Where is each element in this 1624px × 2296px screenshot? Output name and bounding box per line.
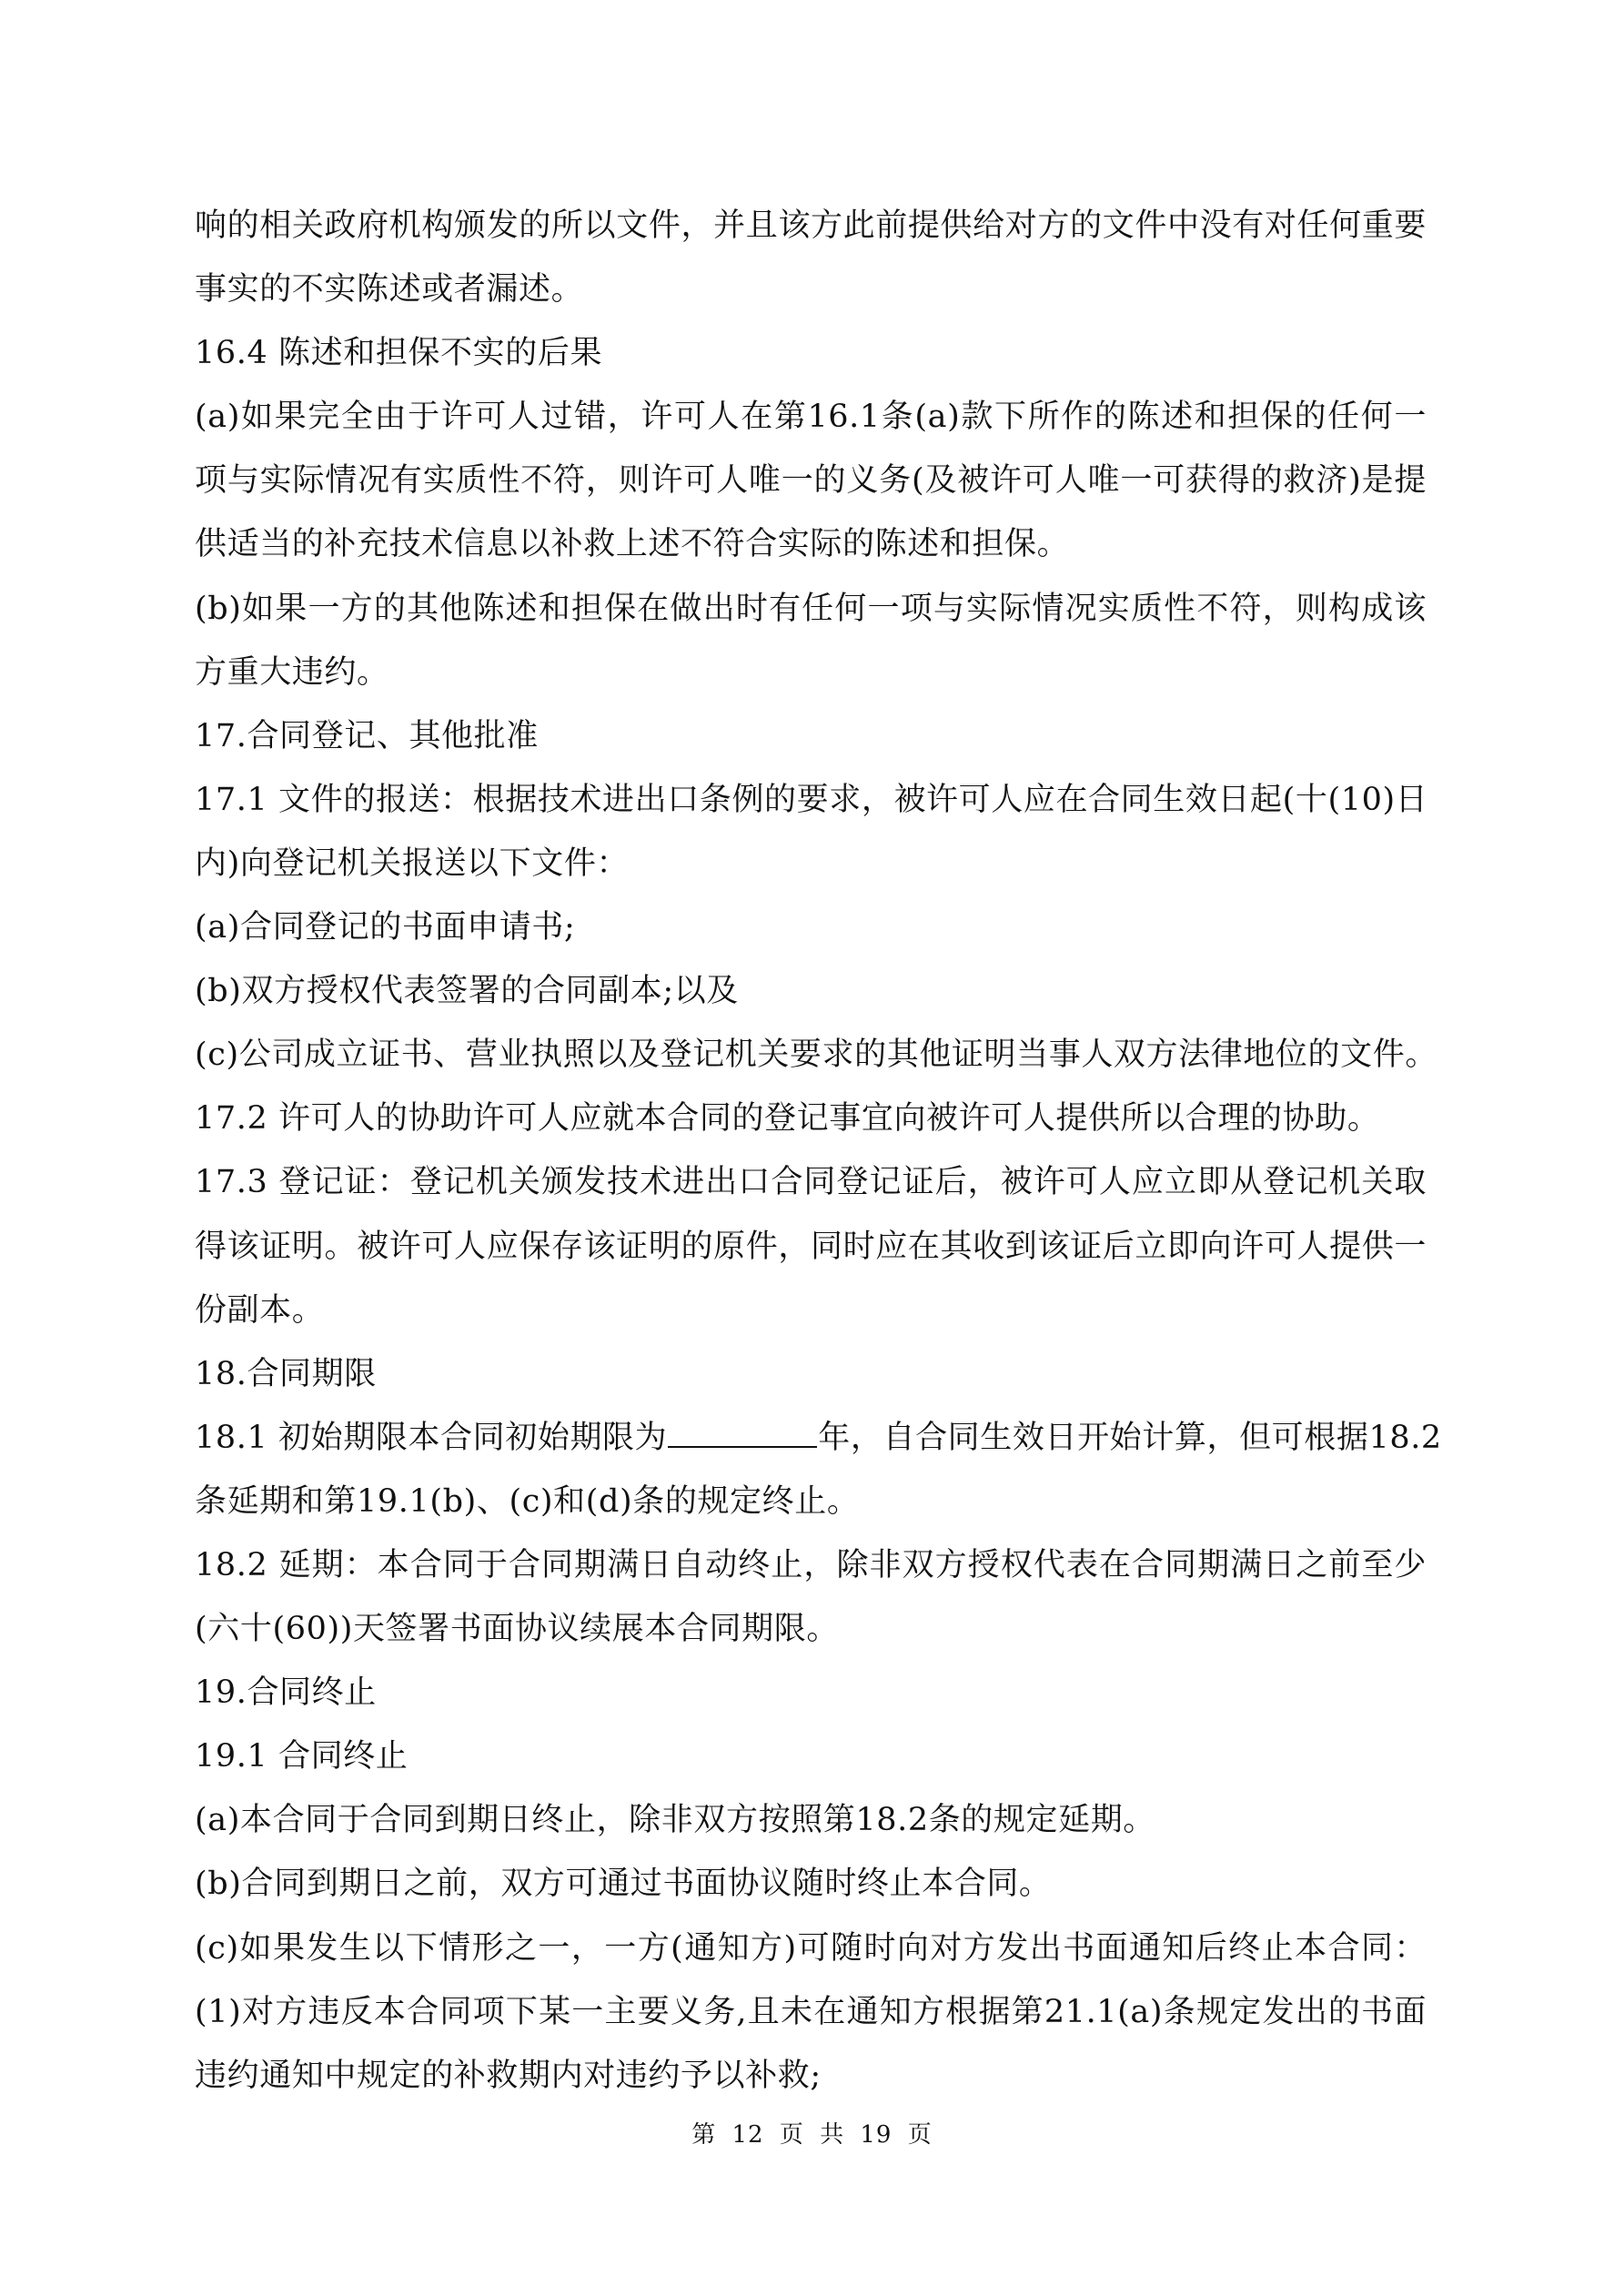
paragraph-line: 违约通知中规定的补救期内对违约予以补救; bbox=[195, 2044, 1432, 2108]
section-heading: 18.合同期限 bbox=[195, 1342, 1432, 1406]
paragraph-line: 内)向登记机关报送以下文件： bbox=[195, 832, 1432, 895]
paragraph-line: 17.2 许可人的协助许可人应就本合同的登记事宜向被许可人提供所以合理的协助。 bbox=[195, 1087, 1432, 1150]
text-after-blank: 年，自合同生效日开始计算，但可根据18.2 bbox=[818, 1420, 1442, 1456]
list-item: (b)合同到期日之前，双方可通过书面协议随时终止本合同。 bbox=[195, 1852, 1432, 1916]
paragraph-line-with-blank: 18.1 初始期限本合同初始期限为年，自合同生效日开始计算，但可根据18.2 bbox=[195, 1406, 1432, 1470]
text-before-blank: 18.1 初始期限本合同初始期限为 bbox=[195, 1420, 667, 1456]
paragraph-line: 17.3 登记证：登记机关颁发技术进出口合同登记证后，被许可人应立即从登记机关取 bbox=[195, 1150, 1427, 1214]
paragraph-line: 方重大违约。 bbox=[195, 641, 1432, 704]
list-item: (c)公司成立证书、营业执照以及登记机关要求的其他证明当事人双方法律地位的文件。 bbox=[195, 1023, 1427, 1087]
fill-in-blank bbox=[668, 1419, 817, 1448]
paragraph-line: 条延期和第19.1(b)、(c)和(d)条的规定终止。 bbox=[195, 1470, 1432, 1533]
list-item: (a)合同登记的书面申请书; bbox=[195, 895, 1432, 959]
subsection-heading: 19.1 合同终止 bbox=[195, 1725, 1432, 1788]
paragraph-line: 供适当的补充技术信息以补救上述不符合实际的陈述和担保。 bbox=[195, 512, 1432, 576]
paragraph-line: 事实的不实陈述或者漏述。 bbox=[195, 258, 1432, 321]
paragraph-line: 18.2 延期：本合同于合同期满日自动终止，除非双方授权代表在合同期满日之前至少 bbox=[195, 1533, 1427, 1597]
paragraph-line: (b)如果一方的其他陈述和担保在做出时有任何一项与实际情况实质性不符，则构成该 bbox=[195, 577, 1427, 641]
document-body: 响的相关政府机构颁发的所以文件，并且该方此前提供给对方的文件中没有对任何重要 事… bbox=[195, 194, 1432, 2108]
page-number-footer: 第 12 页 共 19 页 bbox=[0, 2117, 1624, 2153]
paragraph-line: (a)如果完全由于许可人过错，许可人在第16.1条(a)款下所作的陈述和担保的任… bbox=[195, 385, 1427, 449]
section-heading: 16.4 陈述和担保不实的后果 bbox=[195, 321, 1432, 385]
paragraph-line: 17.1 文件的报送：根据技术进出口条例的要求，被许可人应在合同生效日起(十(1… bbox=[195, 768, 1427, 832]
paragraph-line: 响的相关政府机构颁发的所以文件，并且该方此前提供给对方的文件中没有对任何重要 bbox=[195, 194, 1427, 258]
document-page: 响的相关政府机构颁发的所以文件，并且该方此前提供给对方的文件中没有对任何重要 事… bbox=[0, 0, 1624, 2296]
section-heading: 17.合同登记、其他批准 bbox=[195, 704, 1432, 768]
list-item: (b)双方授权代表签署的合同副本;以及 bbox=[195, 959, 1432, 1023]
section-heading: 19.合同终止 bbox=[195, 1661, 1432, 1725]
list-item: (a)本合同于合同到期日终止，除非双方按照第18.2条的规定延期。 bbox=[195, 1788, 1432, 1852]
paragraph-line: 项与实际情况有实质性不符，则许可人唯一的义务(及被许可人唯一可获得的救济)是提 bbox=[195, 449, 1427, 512]
paragraph-line: 份副本。 bbox=[195, 1279, 1432, 1342]
list-item: (1)对方违反本合同项下某一主要义务,且未在通知方根据第21.1(a)条规定发出… bbox=[195, 1980, 1427, 2044]
list-item: (c)如果发生以下情形之一，一方(通知方)可随时向对方发出书面通知后终止本合同： bbox=[195, 1917, 1427, 1980]
paragraph-line: 得该证明。被许可人应保存该证明的原件，同时应在其收到该证后立即向许可人提供一 bbox=[195, 1215, 1427, 1279]
paragraph-line: (六十(60))天签署书面协议续展本合同期限。 bbox=[195, 1597, 1432, 1661]
